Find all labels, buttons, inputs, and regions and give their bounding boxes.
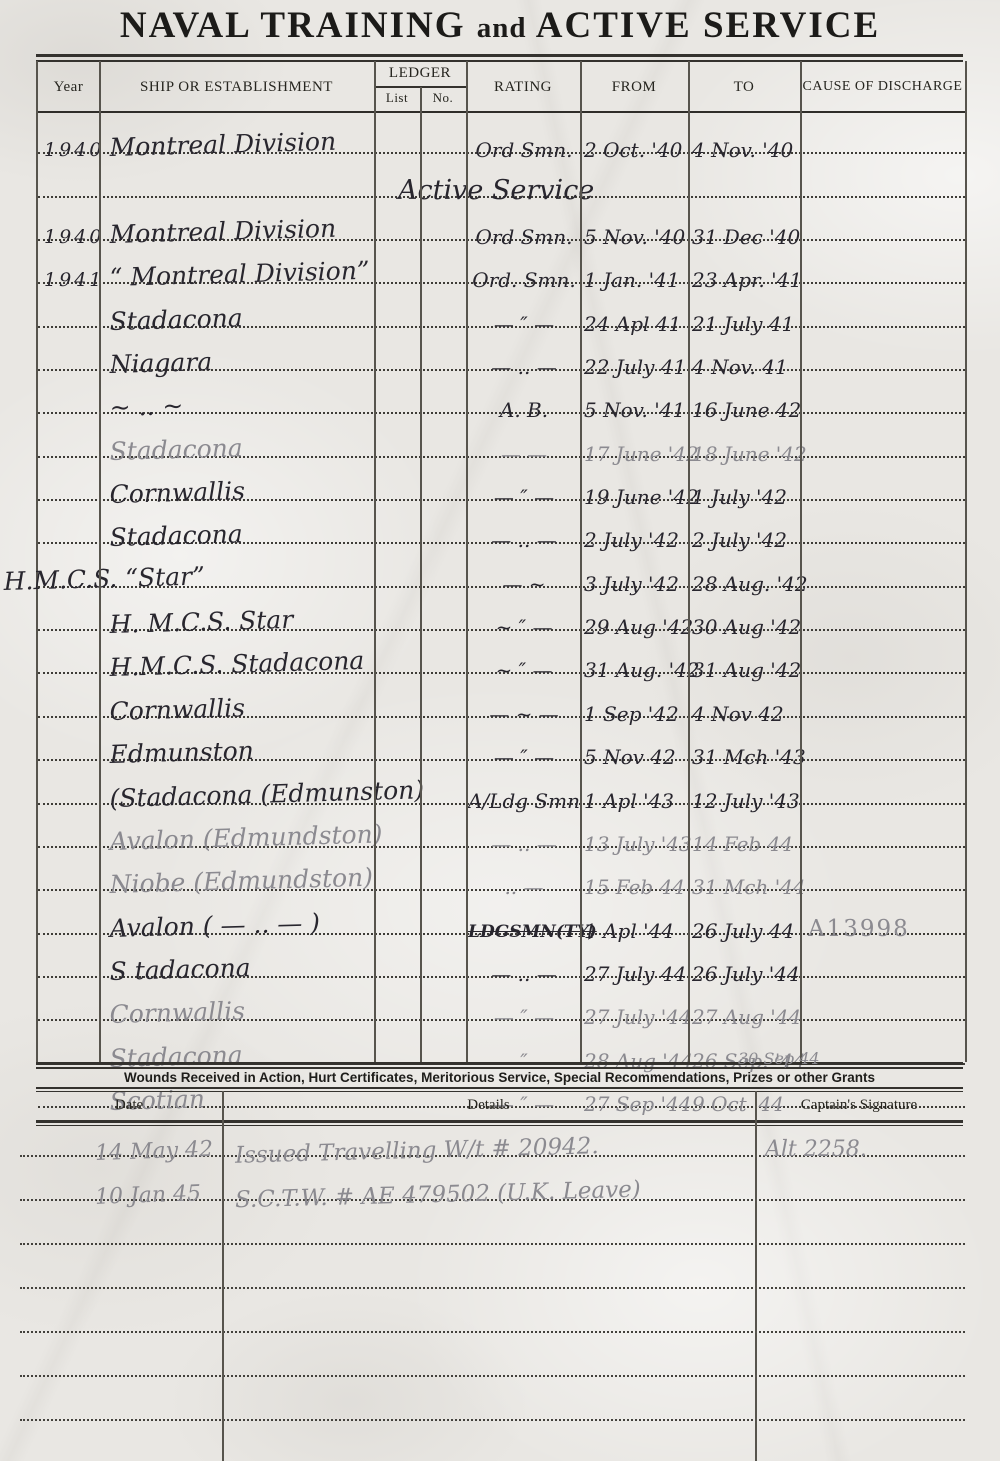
service-row: H.M.C.S. Stadacona~ ″ —31 Aug. '4231 Aug… xyxy=(38,631,965,674)
service-row: ~ .. ~A. B.5 Nov. '4116 June 42 xyxy=(38,371,965,414)
service-row: 1940Montreal DivisionOrd Smn.2 Oct. '404… xyxy=(38,111,965,154)
column-divider xyxy=(580,61,582,1062)
header-cause: CAUSE OF DISCHARGE xyxy=(800,79,965,95)
column-divider xyxy=(688,61,690,1062)
service-row: 1941“ Montreal Division”Ord. Smn.1 Jan. … xyxy=(38,241,965,284)
awards-row: 14 May 42Issued Travelling W/t # 20942.A… xyxy=(20,1113,965,1157)
band-rule-thick xyxy=(36,1087,963,1089)
awards-header-details: Details xyxy=(222,1097,755,1114)
header-ledger-no: No. xyxy=(420,90,466,106)
awards-column-divider xyxy=(222,1091,224,1461)
header-ledger-list: List xyxy=(374,90,420,106)
service-row: Stadacona— ″ —24 Apl 4121 July 41 xyxy=(38,284,965,327)
table-bottom-rule-thin xyxy=(36,1067,963,1069)
service-row: H.M.C.S. “Star”— ~3 July '4228 Aug. '42 xyxy=(38,544,965,587)
table-bottom-rule-thick xyxy=(36,1062,963,1065)
service-row: Cornwallis— ″ —27 July '4427 Aug '44 xyxy=(38,978,965,1021)
column-divider xyxy=(800,61,802,1062)
service-table-header: Year SHIP OR ESTABLISHMENT LEDGER List N… xyxy=(38,61,965,113)
awards-header-signature: Captain's Signature xyxy=(755,1097,963,1114)
page-title-left: NAVAL TRAINING xyxy=(120,5,466,46)
column-divider xyxy=(420,87,422,1062)
service-row: Niagara— .. —22 July 414 Nov. 41 xyxy=(38,328,965,371)
band-rule-thin xyxy=(36,1091,963,1092)
awards-rows: 14 May 42Issued Travelling W/t # 20942.A… xyxy=(20,1113,965,1461)
service-row: Stadacona— .. —2 July '422 July '42 xyxy=(38,501,965,544)
awards-header-date: Date xyxy=(36,1097,222,1114)
page-title-mid: and xyxy=(477,12,527,44)
awards-empty-row xyxy=(20,1333,965,1377)
service-row: Stadacona— ″ —28 Aug '4426 Sep. '4430 Se… xyxy=(38,1021,965,1064)
service-row: Edmunston— ″ —5 Nov 4231 Mch '43 xyxy=(38,718,965,761)
awards-column-divider xyxy=(755,1091,757,1461)
service-table: Year SHIP OR ESTABLISHMENT LEDGER List N… xyxy=(36,61,967,1062)
cell-annotation: 30 Sep 44 xyxy=(738,1051,820,1067)
awards-empty-row xyxy=(20,1289,965,1333)
header-rating: RATING xyxy=(466,79,580,96)
service-row: (Stadacona (Edmunston)A/Ldg Smn1 Apl '43… xyxy=(38,761,965,804)
awards-empty-row xyxy=(20,1377,965,1421)
header-to: TO xyxy=(688,79,800,96)
service-row: 1940Montreal DivisionOrd Smn.5 Nov. '403… xyxy=(38,198,965,241)
page-title: NAVAL TRAINING and ACTIVE SERVICE xyxy=(0,4,1000,47)
awards-empty-row xyxy=(20,1421,965,1461)
service-row: Niobe (Edmundston).. —15 Feb 4431 Mch '4… xyxy=(38,848,965,891)
header-ship: SHIP OR ESTABLISHMENT xyxy=(99,79,374,96)
service-row: S tadacona— .. —27 July 4426 July '44 xyxy=(38,935,965,978)
service-row: H. M.C.S. Star~ ″ —29 Aug '4230 Aug '42 xyxy=(38,588,965,631)
page-title-right: ACTIVE SERVICE xyxy=(536,5,880,46)
awards-empty-row xyxy=(20,1201,965,1245)
service-rows: 1940Montreal DivisionOrd Smn.2 Oct. '404… xyxy=(38,111,965,1062)
service-row: Avalon (Edmundston)— .. —13 July '4314 F… xyxy=(38,805,965,848)
title-rule-thick xyxy=(36,54,963,57)
column-divider xyxy=(99,61,101,1062)
service-row: Avalon ( — .. — )LDGSMN(TY)1 Apl '4426 J… xyxy=(38,891,965,934)
column-divider xyxy=(466,61,468,1062)
awards-empty-row xyxy=(20,1245,965,1289)
service-row: Cornwallis— ″ —19 June '421 July '42 xyxy=(38,458,965,501)
header-from: FROM xyxy=(580,79,688,96)
header-year: Year xyxy=(38,79,99,96)
header-ledger: LEDGER xyxy=(374,65,466,82)
service-row: Active Service xyxy=(38,154,965,197)
scanned-service-record-page: NAVAL TRAINING and ACTIVE SERVICE Year S… xyxy=(0,0,1000,1461)
column-divider xyxy=(374,61,376,1062)
service-row: Cornwallis— ~ —1 Sep '424 Nov 42 xyxy=(38,674,965,717)
awards-row: 10 Jan 45S.C.T.W. # AE 479502 (U.K. Leav… xyxy=(20,1157,965,1201)
service-row: Stadacona— —17 June '4218 June '42 xyxy=(38,414,965,457)
awards-band-title: Wounds Received in Action, Hurt Certific… xyxy=(36,1070,963,1085)
